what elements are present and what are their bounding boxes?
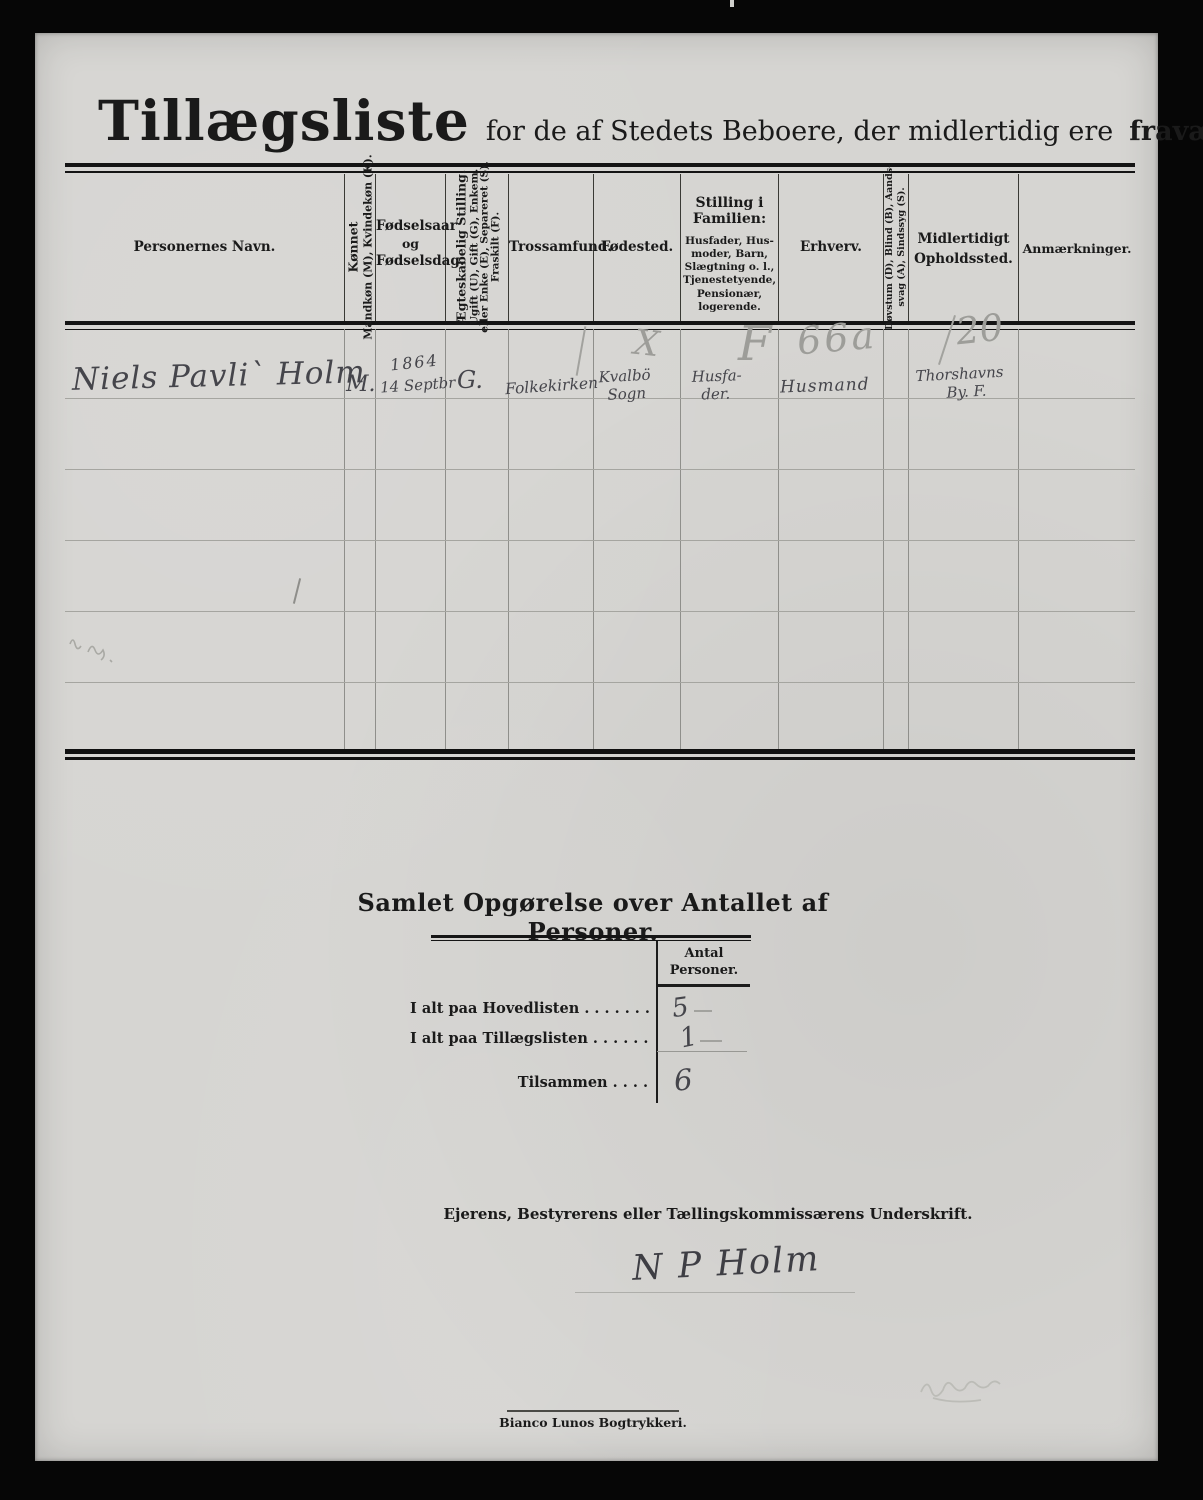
column-header-birth: Fødselsaar og Fødselsdag. <box>376 218 445 269</box>
row1-family-line2: der. <box>701 384 743 403</box>
scan-notch <box>730 0 734 7</box>
column-header-family-line5: Slægtning o. l., <box>681 261 778 274</box>
page-title-subtitle-bold: fraværende. <box>1129 116 1203 147</box>
column-header-name: Personernes Navn. <box>65 239 344 255</box>
column-header-marital: Ægteskabelig Stilling. Ugift (U), Gift (… <box>445 172 508 321</box>
grid-row-line <box>65 682 1135 683</box>
grid-vline <box>883 329 884 749</box>
summary-row3-dots: . . . . <box>608 1074 648 1091</box>
grid-vline <box>778 329 779 749</box>
summary-row-label: Tilsammen . . . . <box>410 1074 648 1091</box>
column-header-family-line6: Tjenestetyende, <box>681 274 778 287</box>
column-header-family: Stilling i Familien: Husfader, Hus- mode… <box>681 195 778 314</box>
page-title: Tillægsliste for de af Stedets Beboere, … <box>98 88 1108 153</box>
signature-line <box>575 1292 855 1293</box>
summary-col-header-line2: Personer. <box>658 963 750 978</box>
column-header-residence-line2: Opholdssted. <box>909 251 1018 267</box>
imprint-text: Bianco Lunos Bogtrykkeri. <box>443 1415 743 1430</box>
summary-row-label: I alt paa Tillægslisten . . . . . . <box>410 1030 648 1047</box>
pencil-dash <box>694 1010 712 1012</box>
pencil-mark-cross: X <box>632 323 661 365</box>
page-title-main: Tillægsliste <box>98 88 470 153</box>
summary-row3-value: 6 <box>673 1062 694 1097</box>
pencil-scribble <box>66 630 146 670</box>
column-header-residence: Midlertidigt Opholdssted. <box>909 227 1018 267</box>
column-header-marital-line3: eller Enke (E), Separeret (S), <box>479 161 490 333</box>
column-header-residence-line1: Midlertidigt <box>909 227 1018 251</box>
column-header-religion: Trossamfund. <box>509 239 593 255</box>
column-header-disability: Døvstum (D), Blind (B), Aands- svag (A),… <box>883 172 908 321</box>
signature-caption: Ejerens, Bestyrerens eller Tællingskommi… <box>408 1205 1008 1223</box>
grid-vline <box>344 329 345 749</box>
pencil-mark-f: F <box>738 316 771 372</box>
summary-header-rule <box>657 984 750 987</box>
column-header-remarks: Anmærkninger. <box>1019 241 1135 256</box>
column-header-family-line4: moder, Barn, <box>681 248 778 261</box>
row1-cell-marital: G. <box>457 366 483 394</box>
summary-row1-dots: . . . . . . . <box>579 1000 650 1017</box>
summary-subtotal-rule <box>657 1051 747 1052</box>
column-header-family-line8: logerende. <box>681 301 778 314</box>
grid-vline <box>908 329 909 749</box>
summary-col-header-line1: Antal <box>658 946 750 961</box>
row1-cell-name: Niels Pavli` Holm <box>72 354 367 398</box>
scanned-census-page: Tillægsliste for de af Stedets Beboere, … <box>0 0 1203 1500</box>
row1-cell-occupation: Husmand <box>780 374 870 397</box>
column-header-marital-line1: Ægteskabelig Stilling. <box>453 161 469 333</box>
summary-row-label: I alt paa Hovedlisten . . . . . . . <box>410 1000 648 1017</box>
grid-vline <box>1018 329 1019 749</box>
grid-row-line <box>65 540 1135 541</box>
pencil-mark-code: 66a <box>795 313 879 364</box>
summary-title-rule <box>431 935 751 941</box>
row1-residence-line2: By. F. <box>946 381 1005 402</box>
column-header-birthplace: Fødested. <box>594 239 680 255</box>
column-header-family-line2: Familien: <box>681 211 778 227</box>
column-header-disability-line1: Døvstum (D), Blind (B), Aands- <box>884 163 896 329</box>
column-header-disability-line2: svag (A), Sindssyg (S). <box>896 163 908 329</box>
row1-cell-family: Husfa- der. <box>691 366 742 404</box>
summary-row3-label: Tilsammen <box>518 1074 608 1091</box>
column-header-birth-line2: og <box>376 234 445 253</box>
column-header-marital-line4: Fraskilt (F). <box>490 161 501 333</box>
pencil-scribble <box>915 1362 1065 1407</box>
column-header-sex-line2: Mandkøn (M), Kvindekøn (K). <box>360 154 374 339</box>
row1-cell-residence: Thorshavns By. F. <box>915 363 1005 404</box>
imprint-rule <box>507 1410 679 1412</box>
summary-row2-label: I alt paa Tillægslisten <box>410 1030 588 1047</box>
summary-row1-label: I alt paa Hovedlisten <box>410 1000 579 1017</box>
column-header-family-line3: Husfader, Hus- <box>681 235 778 248</box>
column-header-family-line7: Pensionær, <box>681 288 778 301</box>
column-header-marital-line2: Ugift (U), Gift (G), Enkem. <box>469 161 480 333</box>
column-header-family-line1: Stilling i <box>681 195 778 211</box>
column-header-birth-line3: Fødselsdag. <box>376 253 445 269</box>
column-header-occupation: Erhverv. <box>779 239 883 255</box>
column-header-sex-line1: Kønnet <box>345 154 361 339</box>
grid-vline <box>680 329 681 749</box>
column-header-sex: Kønnet Mandkøn (M), Kvindekøn (K). <box>344 172 375 321</box>
pencil-dash <box>700 1040 722 1042</box>
row1-cell-sex: M. <box>346 372 376 397</box>
title-rule <box>65 163 1135 173</box>
pencil-mark-twenty: 20 <box>954 306 1005 354</box>
row1-birthplace-line2: Sogn <box>607 384 652 404</box>
table-bottom-rule <box>65 749 1135 760</box>
grid-row-line <box>65 611 1135 612</box>
page-title-subtitle: for de af Stedets Beboere, der midlertid… <box>486 116 1113 147</box>
column-header-birth-line1: Fødselsaar <box>376 218 445 234</box>
row1-cell-birthplace: Kvalbö Sogn <box>598 366 652 405</box>
grid-row-line <box>65 469 1135 470</box>
row1-family-line1: Husfa- <box>691 366 742 386</box>
summary-row2-dots: . . . . . . <box>588 1030 649 1047</box>
